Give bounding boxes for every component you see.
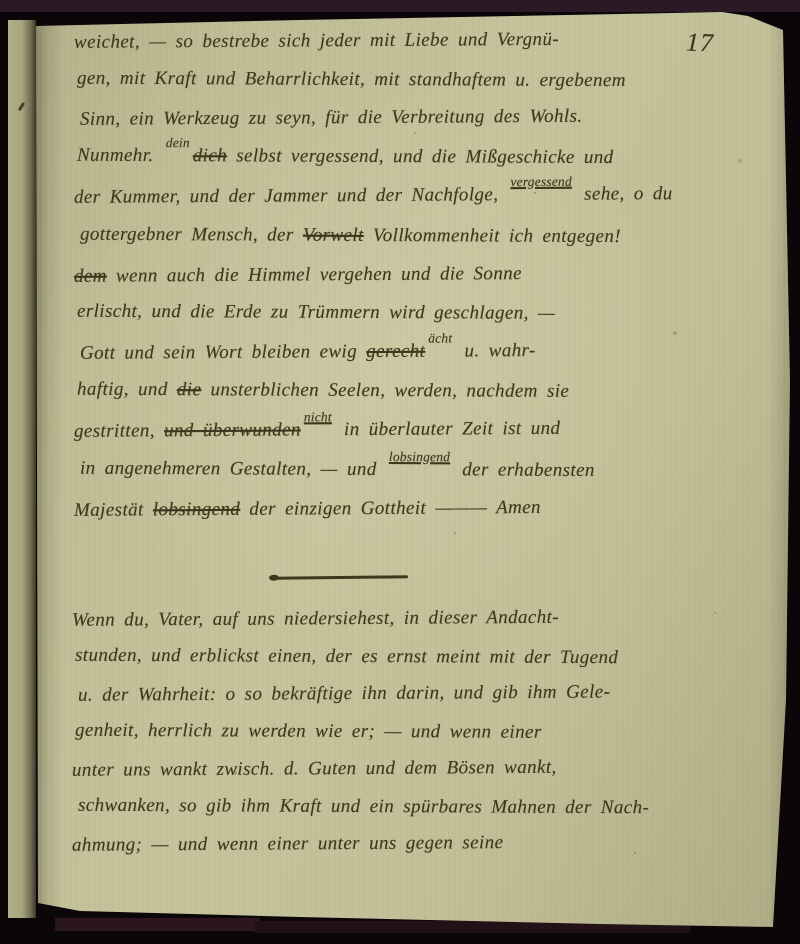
paper-specks	[34, 12, 36, 14]
handwritten-line: erlischt, und die Erde zu Trümmern wird …	[77, 293, 673, 334]
inserted-word: nicht	[304, 409, 332, 424]
struck-word: und überwunden	[164, 419, 301, 441]
book-block-bottom-edge-left	[55, 918, 260, 931]
word-run: weichet, — so bestrebe sich jeder mit Li…	[74, 29, 559, 53]
inserted-word: vergessend	[510, 174, 572, 189]
word-run: wenn auch die Himmel vergehen und die So…	[107, 263, 522, 287]
struck-word: gerecht	[366, 340, 425, 361]
word-run: gen, mit Kraft und Beharrlichkeit, mit s…	[77, 67, 626, 90]
word-run: selbst vergessend, und die Mißgeschicke …	[227, 145, 614, 168]
word-run: in angenehmeren Gestalten, — und	[80, 457, 386, 479]
word-run: stunden, und erblickst einen, der es ern…	[75, 644, 618, 667]
paragraph-2: Wenn du, Vater, auf uns niedersiehest, i…	[72, 600, 649, 863]
word-run: sehe, o du	[575, 184, 673, 206]
underlying-page-edges	[8, 20, 36, 918]
adjacent-page-ink-marks	[18, 102, 25, 111]
word-run: Sinn, ein Werkzeug zu seyn, für die Verb…	[80, 106, 583, 130]
paragraph-1: weichet, — so bestrebe sich jeder mit Li…	[74, 22, 673, 529]
word-run: ahmung; — und wenn einer unter uns gegen…	[72, 832, 504, 856]
word-run: erlischt, und die Erde zu Trümmern wird …	[77, 301, 555, 324]
word-run: Gott und sein Wort bleiben ewig	[80, 341, 366, 364]
word-run: gestritten,	[74, 420, 164, 442]
struck-word: lobsingend	[153, 499, 241, 521]
handwritten-line: weichet, — so bestrebe sich jeder mit Li…	[74, 20, 673, 62]
handwritten-line: Sinn, ein Werkzeug zu seyn, für die Verb…	[80, 97, 673, 139]
handwritten-line: haftig, und die unsterblichen Seelen, we…	[77, 371, 673, 412]
handwritten-line: stunden, und erblickst einen, der es ern…	[75, 636, 649, 676]
word-run: haftig, und	[77, 379, 177, 400]
word-run: u. der Wahrheit: o so bekräftige ihn dar…	[78, 681, 610, 705]
handwritten-line: gottergebner Mensch, der Vorwelt Vollkom…	[80, 216, 673, 257]
handwritten-line: ahmung; — und wenn einer unter uns gegen…	[72, 823, 649, 864]
word-run: u. wahr-	[455, 340, 536, 361]
inserted-word: lobsingend	[389, 449, 450, 464]
handwritten-line: schwanken, so gib ihm Kraft und ein spür…	[78, 786, 649, 826]
word-run: Majestät	[74, 499, 153, 520]
handwritten-line: u. der Wahrheit: o so bekräftige ihn dar…	[78, 673, 649, 714]
word-run: gottergebner Mensch, der	[80, 224, 303, 246]
handwritten-line: in angenehmeren Gestalten, — und lobsing…	[80, 449, 673, 491]
word-run: Nunmehr.	[77, 144, 163, 165]
photo-top-edge	[0, 0, 800, 12]
word-run: unter uns wankt zwisch. d. Guten und dem…	[72, 757, 557, 781]
manuscript-page: 17 weichet, — so bestrebe sich jeder mit…	[34, 12, 792, 932]
handwritten-line: gen, mit Kraft und Beharrlichkeit, mit s…	[77, 59, 673, 100]
handwritten-line: der Kummer, und der Jammer und der Nachf…	[74, 176, 673, 219]
handwritten-line: Nunmehr. deindich selbst vergessend, und…	[77, 136, 673, 178]
page-number: 17	[685, 28, 714, 59]
handwritten-line: unter uns wankt zwisch. d. Guten und dem…	[72, 748, 649, 789]
struck-word: die	[177, 379, 202, 400]
word-run: der einzigen Gottheit ——— Amen	[240, 497, 541, 520]
section-divider-stroke	[272, 575, 408, 579]
handwritten-line: Wenn du, Vater, auf uns niedersiehest, i…	[72, 598, 649, 639]
scanned-book-photo: 17 weichet, — so bestrebe sich jeder mit…	[0, 0, 800, 944]
inserted-word: ächt	[428, 330, 452, 345]
handwritten-line: dem wenn auch die Himmel vergehen und di…	[74, 254, 673, 296]
word-run: unsterblichen Seelen, werden, nachdem si…	[201, 380, 569, 403]
struck-word: Vorwelt	[303, 225, 364, 246]
handwritten-line: Majestät lobsingend der einzigen Gotthei…	[74, 488, 673, 530]
handwritten-line: genheit, herrlich zu werden wie er; — un…	[75, 711, 649, 751]
handwritten-line: gestritten, und überwundennicht in überl…	[74, 409, 673, 452]
word-run: der erhabensten	[453, 459, 595, 481]
word-run: schwanken, so gib ihm Kraft und ein spür…	[78, 794, 649, 817]
handwritten-line: Gott und sein Wort bleiben ewig gerechtä…	[80, 331, 673, 374]
struck-word: dich	[193, 145, 227, 166]
word-run: Wenn du, Vater, auf uns niedersiehest, i…	[72, 607, 559, 631]
word-run: genheit, herrlich zu werden wie er; — un…	[75, 719, 542, 742]
inserted-word: dein	[166, 135, 190, 150]
struck-word: dem	[74, 265, 107, 286]
word-run: der Kummer, und der Jammer und der Nachf…	[74, 185, 508, 209]
word-run: in überlauter Zeit ist und	[335, 418, 561, 440]
word-run: Vollkommenheit ich entgegen!	[364, 225, 621, 247]
